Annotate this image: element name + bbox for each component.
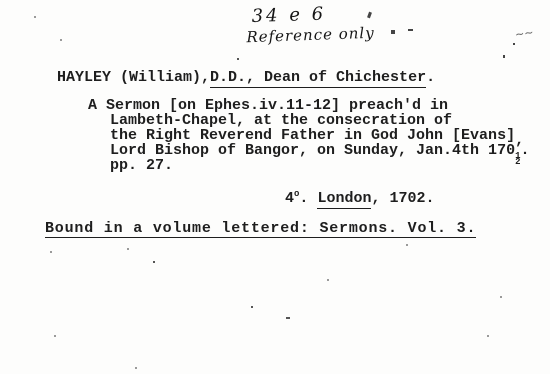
pen-mark (513, 43, 515, 45)
imprint-date: , 1702. (371, 190, 434, 207)
heading-period: . (426, 69, 435, 86)
scan-speck (327, 279, 329, 281)
body-line-5-pagination: pp. 27. (110, 158, 173, 173)
scan-speck (237, 58, 239, 60)
scan-speck (286, 317, 290, 319)
scan-speck (135, 367, 137, 369)
scan-speck (34, 16, 36, 18)
scan-speck (153, 261, 155, 263)
scan-speck (487, 335, 489, 337)
imprint-line: 4o. London, 1702. (285, 187, 434, 206)
date-fraction: 12 (515, 153, 520, 165)
format-number: 4 (285, 190, 294, 207)
imprint-separator: . (299, 190, 317, 207)
scan-speck (54, 335, 56, 337)
fraction-denominator: 2 (515, 159, 520, 165)
scan-speck (500, 296, 502, 298)
handwritten-annotation: 34 e 6 Reference only (245, 3, 375, 47)
binding-note: Bound in a volume lettered: Sermons. Vol… (45, 221, 476, 238)
pen-squiggle: ~​~ (514, 25, 534, 42)
heading-line: HAYLEY (William),D.D., Dean of Chicheste… (57, 70, 435, 85)
scan-speck (60, 39, 62, 41)
body-line-2: Lambeth-Chapel, at the consecration of (110, 113, 452, 128)
handwritten-reference-note: Reference only (246, 23, 375, 47)
scan-speck (50, 251, 52, 253)
author-name: HAYLEY (William), (57, 69, 210, 86)
pen-mark (408, 29, 413, 31)
author-title-underlined: D.D., Dean of Chichester (210, 69, 426, 88)
scan-speck (251, 306, 253, 308)
scan-speck (406, 244, 408, 246)
scan-speck (127, 248, 129, 250)
body-line-3: the Right Reverend Father in God John [E… (110, 128, 524, 143)
body-line-1: A Sermon [on Ephes.iv.11-12] preach'd in (88, 98, 448, 113)
imprint-place-underlined: London (317, 190, 371, 209)
body-line-4-period: . (520, 142, 529, 159)
pen-mark (391, 30, 395, 34)
catalog-card: 34 e 6 Reference only HAYLEY (William),D… (0, 0, 550, 374)
pen-mark (503, 55, 505, 58)
